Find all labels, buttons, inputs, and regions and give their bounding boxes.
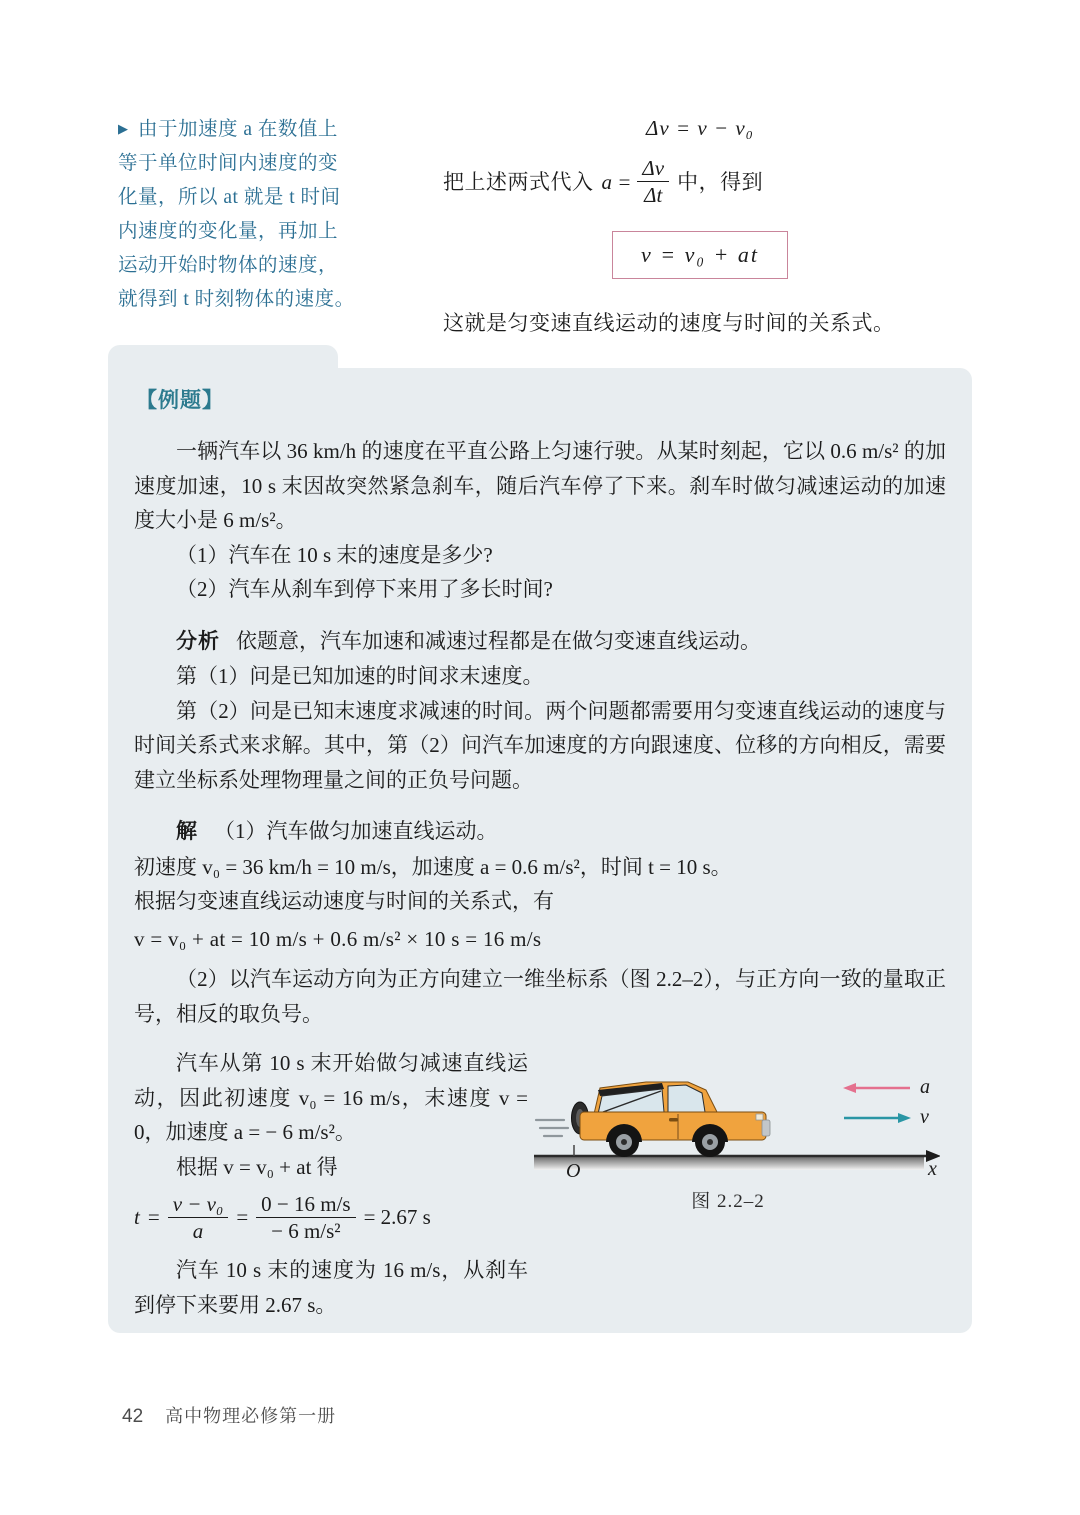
example-heading: 【例题】 — [136, 384, 946, 414]
margin-note-line: 运动开始时物体的速度， — [118, 249, 380, 283]
triangle-bullet-icon: ▶ — [118, 121, 128, 136]
fraction-numerator: Δv — [637, 156, 669, 182]
question-1: （1）汽车在 10 s 末的速度是多少? — [134, 538, 946, 573]
solution-paragraph-3: 根据匀变速直线运动速度与时间的关系式，有 — [134, 884, 946, 919]
analysis-paragraph-2: 第（1）问是已知加速的时间求末速度。 — [134, 659, 946, 694]
example-panel-body: 【例题】 一辆汽车以 36 km/h 的速度在平直公路上匀速行驶。从某时刻起，它… — [108, 368, 972, 1333]
solution-paragraph-5: （2）以汽车运动方向为正方向建立一维坐标系（图 2.2–2），与正方向一致的量取… — [134, 962, 946, 1031]
solution-equation: v = v₀ + at = 10 m/s + 0.6 m/s² × 10 s =… — [134, 922, 946, 957]
solution-left-paragraph-3: 汽车 10 s 末的速度为 16 m/s，从刹车到停下来要用 2.67 s。 — [134, 1253, 528, 1322]
equals-sign: = — [148, 1205, 160, 1230]
example-panel: 【例题】 一辆汽车以 36 km/h 的速度在平直公路上匀速行驶。从某时刻起，它… — [108, 345, 972, 1333]
fraction-denominator: − 6 m/s² — [271, 1218, 340, 1243]
velocity-arrow-icon — [844, 1113, 911, 1123]
acceleration-label: a — [920, 1076, 930, 1099]
a-equals: a = — [602, 166, 632, 198]
problem-statement: 一辆汽车以 36 km/h 的速度在平直公路上匀速行驶。从某时刻起，它以 0.6… — [134, 434, 946, 538]
delta-v-equation: Δv = v − v₀ — [443, 112, 957, 144]
figure-column: a v x O 图 2.2–2 — [528, 1046, 946, 1322]
margin-note-line: 化量，所以 at 就是 t 时间 — [118, 181, 380, 215]
v-minus-v0-over-a-fraction: v − v₀ a — [168, 1192, 229, 1243]
fraction-denominator: a — [193, 1218, 204, 1243]
page-number: 42 — [122, 1406, 143, 1428]
acceleration-arrow-icon — [843, 1083, 910, 1093]
conclusion-text: 这就是匀变速直线运动的速度与时间的关系式。 — [443, 307, 957, 339]
braking-time-equation: t = v − v₀ a = 0 − 16 m/s − 6 m/s² = 2.6… — [134, 1192, 528, 1243]
margin-note-line: 由于加速度 a 在数值上 — [138, 119, 338, 140]
origin-label: O — [566, 1160, 580, 1183]
dv-dt-fraction: Δv Δt — [637, 156, 669, 207]
equation-result: = 2.67 s — [364, 1205, 431, 1230]
solution-left-column: 汽车从第 10 s 末开始做匀减速直线运动，因此初速度 v₀ = 16 m/s，… — [134, 1046, 528, 1322]
solution-bottom-columns: 汽车从第 10 s 末开始做匀减速直线运动，因此初速度 v₀ = 16 m/s，… — [134, 1046, 946, 1322]
fraction-numerator: v − v₀ — [168, 1192, 229, 1218]
velocity-label: v — [920, 1106, 929, 1129]
figure-caption: 图 2.2–2 — [528, 1186, 928, 1213]
margin-note: ▶由于加速度 a 在数值上 等于单位时间内速度的变 化量，所以 at 就是 t … — [118, 112, 380, 317]
substitution-prefix: 把上述两式代入 — [443, 166, 594, 198]
equals-sign: = — [236, 1205, 248, 1230]
x-axis-label: x — [928, 1158, 937, 1181]
substitution-line: 把上述两式代入 a = Δv Δt 中，得到 — [443, 156, 957, 207]
car-illustration — [572, 1082, 771, 1157]
derivation-section: Δv = v − v₀ 把上述两式代入 a = Δv Δt 中，得到 v = v… — [443, 112, 957, 339]
substitution-suffix: 中，得到 — [677, 166, 763, 198]
book-title: 高中物理必修第一册 — [165, 1402, 336, 1428]
motion-lines-icon — [536, 1120, 568, 1136]
solution-paragraph-1: 解（1）汽车做匀加速直线运动。 — [134, 814, 946, 850]
fraction-denominator: Δt — [644, 182, 662, 207]
analysis-paragraph-3: 第（2）问是已知末速度求减速的时间。两个问题都需要用匀变速直线运动的速度与时间关… — [134, 694, 946, 798]
velocity-time-formula-box: v = v₀ + at — [612, 231, 788, 279]
question-2: （2）汽车从刹车到停下来用了多长时间? — [134, 572, 946, 607]
analysis-label: 分析 — [176, 630, 220, 653]
numeric-fraction: 0 − 16 m/s − 6 m/s² — [256, 1192, 355, 1243]
margin-note-line: 就得到 t 时刻物体的速度。 — [118, 283, 380, 317]
ground-shading — [534, 1157, 924, 1170]
figure-2-2-2: a v x O 图 2.2–2 — [528, 1060, 940, 1220]
fraction-numerator: 0 − 16 m/s — [256, 1192, 355, 1218]
solution-left-paragraph-2: 根据 v = v₀ + at 得 — [134, 1150, 528, 1185]
margin-note-line: 内速度的变化量，再加上 — [118, 215, 380, 249]
page-footer: 42 高中物理必修第一册 — [122, 1402, 336, 1428]
solution-left-paragraph-1: 汽车从第 10 s 末开始做匀减速直线运动，因此初速度 v₀ = 16 m/s，… — [134, 1046, 528, 1150]
solution-paragraph-2: 初速度 v₀ = 36 km/h = 10 m/s，加速度 a = 0.6 m/… — [134, 850, 946, 885]
margin-note-line: 等于单位时间内速度的变 — [118, 147, 380, 181]
analysis-text-1: 依题意，汽车加速和减速过程都是在做匀变速直线运动。 — [236, 629, 761, 653]
solution-label: 解 — [176, 820, 198, 843]
t-symbol: t — [134, 1205, 140, 1230]
solution-text-1: （1）汽车做匀加速直线运动。 — [214, 819, 498, 843]
analysis-paragraph-1: 分析依题意，汽车加速和减速过程都是在做匀变速直线运动。 — [134, 624, 946, 660]
